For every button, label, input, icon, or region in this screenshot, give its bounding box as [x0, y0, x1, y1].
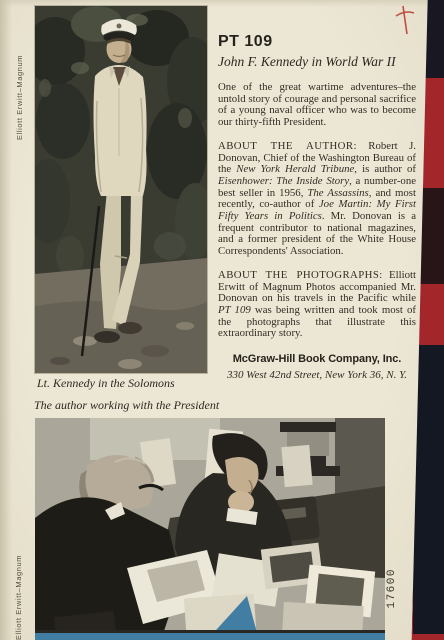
photo-credit-top: Elliott Erwitt–Magnum: [15, 28, 24, 140]
spine-segment-navy-bottom: [410, 345, 444, 634]
book-subtitle: John F. Kennedy in World War II: [218, 54, 416, 70]
photo-author-with-president: [35, 418, 385, 640]
photo-credit-bottom: Elliott Erwitt–Magnum: [14, 540, 23, 640]
spine-segment-red-bottom: [410, 634, 444, 640]
about-photographs-label: ABOUT THE PHOTOGRAPHS:: [218, 269, 383, 281]
back-cover-text-column: PT 109 John F. Kennedy in World War II O…: [218, 33, 416, 381]
publisher-name: McGraw-Hill Book Company, Inc.: [218, 353, 416, 365]
red-pen-mark: [392, 4, 418, 38]
caption-top-photo: Lt. Kennedy in the Solomons: [37, 376, 175, 391]
about-photographs-paragraph: ABOUT THE PHOTOGRAPHS: Elliott Erwitt of…: [218, 270, 416, 340]
about-author-paragraph: ABOUT THE AUTHOR: Robert J. Donovan, Chi…: [218, 141, 416, 258]
about-author-text: Robert J. Donovan, Chief of the Washingt…: [218, 140, 416, 257]
stock-number: 17600: [386, 568, 398, 609]
photo-kennedy-solomons: [35, 6, 207, 373]
caption-bottom-photo: The author working with the President: [34, 398, 219, 413]
book-back-cover: Elliott Erwitt–Magnum: [0, 0, 444, 640]
about-author-label: ABOUT THE AUTHOR:: [218, 140, 357, 152]
intro-paragraph: One of the great wartime adventures–the …: [218, 82, 416, 129]
book-title: PT 109: [218, 33, 416, 51]
scan-edge-shading-left: [0, 0, 12, 640]
publisher-address: 330 West 42nd Street, New York 36, N. Y.: [218, 369, 416, 381]
